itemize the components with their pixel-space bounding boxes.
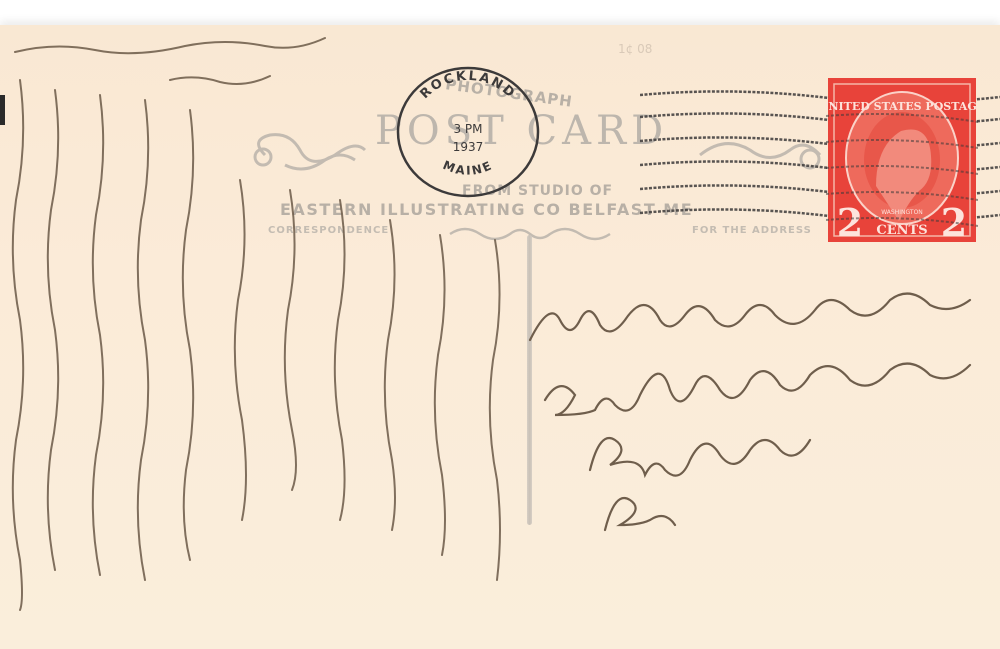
address-handwriting: Mrs. Albert K. Fruhman 215 Mifflin Stree… — [0, 0, 1000, 649]
